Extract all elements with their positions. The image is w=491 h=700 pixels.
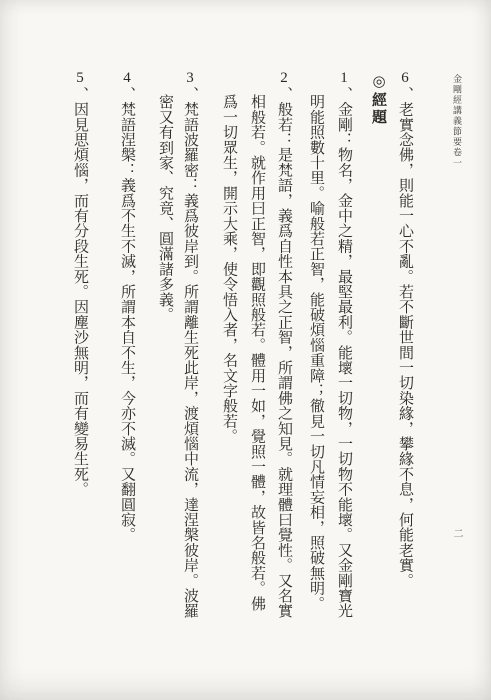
text-column-item-3-line-2: 密又有到家、究竟、圓滿諸多義。 <box>151 94 179 322</box>
scanned-page: 金剛經講義節要卷一 二 6、老實念佛，則能一心不亂。若不斷世間一切染緣，攀緣不息… <box>0 0 491 700</box>
text-column-item-5: 5、因見思煩惱，而有分段生死。因塵沙無明，而有變易生死。 <box>66 70 94 497</box>
running-title: 金剛經講義節要卷一 <box>450 74 464 169</box>
page-number: 二 <box>449 528 463 538</box>
text-column-item-2-line-1: 2、般若：是梵語，義爲自性本具之正智，所謂佛之知見。就理體曰覺性。又名實 <box>270 70 298 618</box>
text-column-item-1-line-2: 明能照數十里。喻般若正智，能破煩惱重障；徹見一切凡情妄相，照破無明。 <box>302 94 330 611</box>
text-column-item-2-line-2: 相般若。就作用曰正智，即觀照般若。體用一如，覺照一體，故皆名般若。佛 <box>243 94 271 611</box>
text-column-item-4: 4、梵語涅槃：義爲不生不滅，所謂本自不生，今亦不滅。又翻圓寂。 <box>113 70 141 542</box>
text-column-item-3-line-1: 3、梵語波羅密：義爲彼岸到。所謂離生死此岸，渡煩惱中流，達涅槃彼岸。波羅 <box>176 70 204 618</box>
text-column-item-1-line-1: 1、金剛：物名，金中之精，最堅最利。能壞一切物，一切物不能壞。又金剛寶光 <box>330 70 358 618</box>
text-column-item-6: 6、老實念佛，則能一心不亂。若不斷世間一切染緣，攀緣不息，何能老實。 <box>391 70 419 588</box>
text-column-item-2-line-3: 爲一切眾生，開示大乘，使令悟入者，名文字般若。 <box>215 94 243 444</box>
section-heading: ◎經題 <box>364 72 392 126</box>
